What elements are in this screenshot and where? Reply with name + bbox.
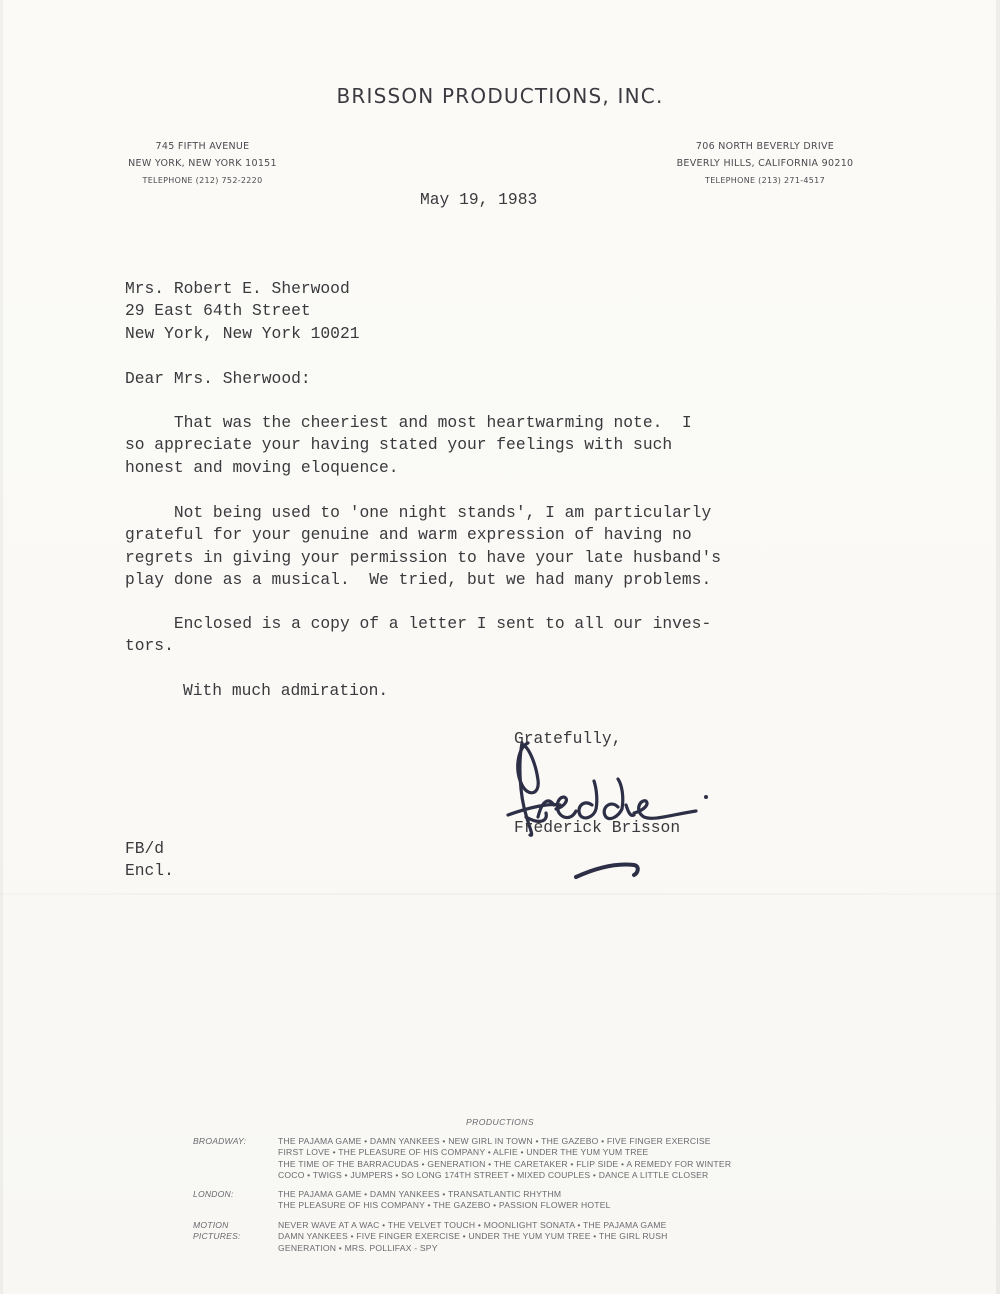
address-city-line: BEVERLY HILLS, CALIFORNIA 90210 xyxy=(655,155,875,172)
recipient-name: Mrs. Robert E. Sherwood xyxy=(125,279,350,298)
body-line: Enclosed is a copy of a letter I sent to… xyxy=(125,614,711,633)
letterhead-office-beverly-hills: 706 NORTH BEVERLY DRIVE BEVERLY HILLS, C… xyxy=(655,138,875,189)
body-line: play done as a musical. We tried, but we… xyxy=(125,570,711,589)
production-line: THE PLEASURE OF HIS COMPANY • THE GAZEBO… xyxy=(278,1200,838,1211)
body-line: so appreciate your having stated your fe… xyxy=(125,435,672,454)
reference-initials: FB/d xyxy=(125,839,164,858)
recipient-city: New York, New York 10021 xyxy=(125,324,360,343)
letterhead-company-name: BRISSON PRODUCTIONS, INC. xyxy=(0,84,1000,108)
body-line: tors. xyxy=(125,636,174,655)
closing-sentence: With much admiration. xyxy=(183,680,388,702)
body-line: grateful for your genuine and warm expre… xyxy=(125,525,692,544)
paper-edge-right xyxy=(996,0,1000,1294)
section-titles: NEVER WAVE AT A WAC • THE VELVET TOUCH •… xyxy=(278,1220,838,1254)
section-label: MOTION PICTURES: xyxy=(193,1220,273,1243)
footer-title: PRODUCTIONS xyxy=(0,1117,1000,1127)
paper-edge-left xyxy=(0,0,3,1294)
production-line: FIRST LOVE • THE PLEASURE OF HIS COMPANY… xyxy=(278,1147,838,1158)
body-line: That was the cheeriest and most heartwar… xyxy=(125,413,692,432)
recipient-address-block: Mrs. Robert E. Sherwood 29 East 64th Str… xyxy=(125,278,360,345)
production-line: NEVER WAVE AT A WAC • THE VELVET TOUCH •… xyxy=(278,1220,838,1231)
section-label-line: MOTION xyxy=(193,1220,273,1231)
reference-block: FB/d Encl. xyxy=(125,838,174,883)
body-paragraph-2: Not being used to 'one night stands', I … xyxy=(125,502,721,591)
production-line: THE PAJAMA GAME • DAMN YANKEES • NEW GIR… xyxy=(278,1136,838,1147)
body-line: Not being used to 'one night stands', I … xyxy=(125,503,711,522)
production-line: GENERATION • MRS. POLLIFAX - SPY xyxy=(278,1243,838,1254)
telephone-line: TELEPHONE (212) 752-2220 xyxy=(110,172,295,189)
handwritten-signature-icon xyxy=(500,725,760,885)
recipient-street: 29 East 64th Street xyxy=(125,301,311,320)
body-paragraph-3: Enclosed is a copy of a letter I sent to… xyxy=(125,613,711,658)
letter-date: May 19, 1983 xyxy=(420,189,537,211)
salutation: Dear Mrs. Sherwood: xyxy=(125,368,311,390)
address-line: 706 NORTH BEVERLY DRIVE xyxy=(655,138,875,155)
section-label-line: PICTURES: xyxy=(193,1231,273,1242)
enclosure-notation: Encl. xyxy=(125,861,174,880)
section-label-line: BROADWAY: xyxy=(193,1136,273,1147)
address-city-line: NEW YORK, NEW YORK 10151 xyxy=(110,155,295,172)
body-line: honest and moving eloquence. xyxy=(125,458,399,477)
section-titles: THE PAJAMA GAME • DAMN YANKEES • NEW GIR… xyxy=(278,1136,838,1181)
signer-name: Frederick Brisson xyxy=(514,817,680,839)
production-line: COCO • TWIGS • JUMPERS • SO LONG 174TH S… xyxy=(278,1170,838,1181)
paper-fold-line xyxy=(0,893,1000,895)
section-label-line: LONDON: xyxy=(193,1189,273,1200)
section-titles: THE PAJAMA GAME • DAMN YANKEES • TRANSAT… xyxy=(278,1189,838,1212)
letterhead-office-new-york: 745 FIFTH AVENUE NEW YORK, NEW YORK 1015… xyxy=(110,138,295,189)
address-line: 745 FIFTH AVENUE xyxy=(110,138,295,155)
production-line: THE PAJAMA GAME • DAMN YANKEES • TRANSAT… xyxy=(278,1189,838,1200)
telephone-line: TELEPHONE (213) 271-4517 xyxy=(655,172,875,189)
section-label: LONDON: xyxy=(193,1189,273,1200)
body-paragraph-1: That was the cheeriest and most heartwar… xyxy=(125,412,692,479)
production-line: DAMN YANKEES • FIVE FINGER EXERCISE • UN… xyxy=(278,1231,838,1242)
section-label: BROADWAY: xyxy=(193,1136,273,1147)
letter-page: BRISSON PRODUCTIONS, INC. 745 FIFTH AVEN… xyxy=(0,0,1000,1294)
production-line: THE TIME OF THE BARRACUDAS • GENERATION … xyxy=(278,1159,838,1170)
body-line: regrets in giving your permission to hav… xyxy=(125,548,721,567)
